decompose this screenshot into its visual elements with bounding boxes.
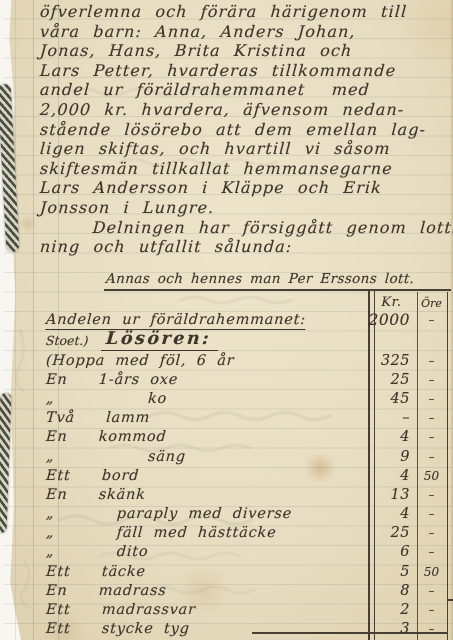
kr-column-header: Kr.: [368, 295, 417, 310]
item-label-text: Andelen ur föräldrahemmanet:: [45, 312, 306, 330]
table-top-rule: [104, 289, 451, 291]
ledger-row: Ett stycke tyg3–: [46, 620, 450, 639]
ledger-header-row: Kr. Öre: [46, 293, 450, 310]
ledger-row: „ paraply med diverse4–: [46, 505, 450, 524]
kr-value: 25: [368, 525, 417, 541]
scanned-document: { "colors": { "paper": "#e8ddc1", "ink":…: [0, 0, 453, 640]
item-label: (Hoppa med föl, 6 år: [45, 353, 368, 369]
kr-value: 4: [368, 429, 417, 445]
ledger-section-row: Stoet.)Lösören:: [46, 329, 450, 351]
ore-value: –: [417, 392, 446, 406]
ore-value: –: [417, 584, 446, 598]
item-label: Två lamm: [45, 410, 368, 426]
paragraph-line: Delningen har försiggått genom lottkast-: [39, 218, 450, 238]
deed-paragraph: öfverlemna och förära härigenom tillvåra…: [40, 2, 450, 257]
ledger-row: „ säng9–: [46, 447, 450, 466]
ledger-row: En skänk13–: [46, 485, 450, 504]
item-label: En 1-års oxe: [45, 372, 368, 388]
item-label: Andelen ur föräldrahemmanet:: [45, 312, 368, 328]
ledger-row: Ett bord450: [46, 466, 450, 485]
ore-value: –: [417, 354, 446, 368]
item-label: „ fäll med hästtäcke: [45, 525, 368, 541]
item-label: Ett madrassvar: [45, 602, 368, 618]
paragraph-line: andel ur föräldrahemmanet med: [39, 80, 450, 100]
ore-value: 50: [417, 565, 446, 579]
item-label: „ ko: [45, 391, 368, 407]
ore-value: –: [417, 603, 446, 617]
kr-value: 8: [368, 583, 417, 599]
kr-value: 13: [368, 487, 417, 503]
ore-value: –: [417, 411, 446, 425]
ore-value: –: [417, 526, 446, 540]
paragraph-line: stående lösörebo att dem emellan lag-: [39, 120, 450, 140]
kr-value: 2000: [368, 311, 417, 329]
ore-value: 50: [417, 469, 446, 483]
kr-value: 9: [368, 449, 417, 465]
ledger-row: „ fäll med hästtäcke25–: [46, 524, 450, 543]
kr-value: 2: [368, 602, 417, 618]
paragraph-line: ligen skiftas, och hvartill vi såsom: [39, 139, 450, 159]
kr-value: 25: [368, 372, 417, 388]
item-label: Ett stycke tyg: [45, 621, 368, 637]
ledger-row: Ett täcke550: [46, 562, 450, 581]
paragraph-line: Lars Petter, hvarderas tillkommande: [39, 61, 450, 81]
ore-value: –: [417, 450, 446, 464]
paragraph-line: våra barn: Anna, Anders Johan,: [39, 22, 450, 42]
paragraph-line: Jonas, Hans, Brita Kristina och: [39, 41, 450, 61]
item-label: „ dito: [45, 544, 368, 560]
ore-value: –: [417, 545, 446, 559]
ledger-row: (Hoppa med föl, 6 år325–: [46, 351, 450, 370]
paragraph-line: Lars Andersson i Kläppe och Erik: [39, 178, 450, 198]
paragraph-line: öfverlemna och förära härigenom till: [39, 2, 450, 22]
kr-value: 6: [368, 544, 417, 560]
paragraph-line: skiftesmän tillkallat hemmansegarne: [39, 159, 450, 179]
item-label: Ett bord: [45, 468, 368, 484]
kr-value: 4: [368, 506, 417, 522]
kr-value: 4: [368, 468, 417, 484]
ledger-row: „ dito6–: [46, 543, 450, 562]
kr-value: –: [368, 410, 417, 426]
kr-value: 45: [368, 391, 417, 407]
ledger-row: En madrass8–: [46, 581, 450, 600]
item-label: Ett täcke: [45, 564, 368, 580]
section-note: Stoet.): [45, 333, 102, 348]
paragraph-line: ning och utfallit sålunda:: [39, 237, 450, 257]
paragraph-line: 2,000 kr. hvardera, äfvensom nedan-: [39, 100, 450, 120]
ledger-row: „ ko45–: [46, 389, 450, 408]
paragraph-line: Jonsson i Lungre.: [39, 198, 450, 218]
ledger-row: Två lamm––: [46, 409, 450, 428]
item-label: En madrass: [45, 583, 368, 599]
ore-value: –: [417, 373, 446, 387]
kr-value: 325: [368, 353, 417, 369]
kr-value: 3: [368, 621, 417, 637]
section-title: Lösören:: [101, 329, 220, 351]
ore-value: –: [417, 622, 446, 636]
ore-value: –: [417, 507, 446, 521]
lot-heading: Annas och hennes man Per Erssons lott.: [105, 271, 447, 287]
ledger-row: En 1-års oxe25–: [46, 370, 450, 389]
ore-column-header: Öre: [417, 297, 446, 310]
binding-cord-lower: [0, 393, 11, 533]
item-label: En skänk: [45, 487, 368, 503]
ore-value: –: [417, 313, 446, 327]
ore-value: –: [417, 488, 446, 502]
item-label: „ paraply med diverse: [45, 506, 368, 522]
ore-value: –: [417, 430, 446, 444]
item-label: „ säng: [45, 449, 368, 465]
kr-value: 5: [368, 564, 417, 580]
ledger-row: Andelen ur föräldrahemmanet:2000–: [46, 310, 450, 329]
ledger-table: Kr. Öre Andelen ur föräldrahemmanet:2000…: [46, 293, 450, 640]
item-label: En kommod: [45, 429, 368, 445]
ledger-row: En kommod4–: [46, 428, 450, 447]
ledger-row: Ett madrassvar2–: [46, 600, 450, 619]
